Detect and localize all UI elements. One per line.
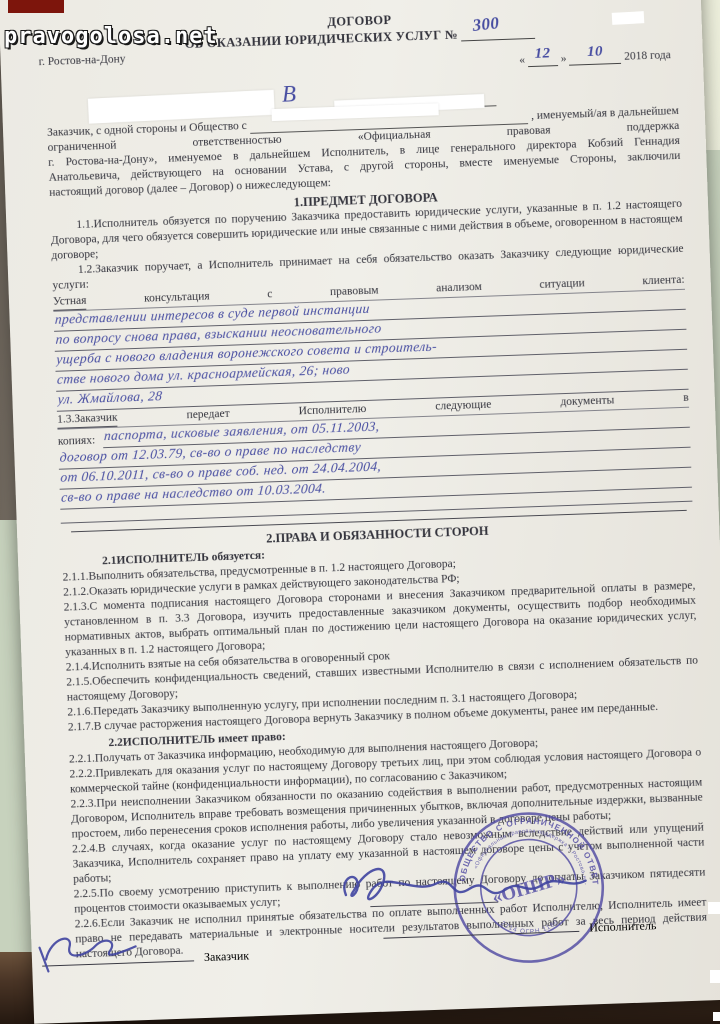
- service-word: с: [267, 287, 273, 303]
- watermark-red-block: [8, 0, 64, 13]
- contract-number-handwritten: 300: [472, 15, 500, 33]
- redaction-box: [612, 11, 645, 25]
- date-row: « 12 » 10 2018 года: [519, 47, 671, 68]
- docs-word: Исполнителю: [298, 402, 366, 420]
- contract-number-blank: 300: [461, 24, 535, 42]
- docs-word: документы: [560, 393, 614, 411]
- service-word: клиента:: [642, 273, 685, 290]
- executor-label: Исполнитель: [579, 918, 657, 936]
- watermark-text: pravogolosa.net: [4, 24, 218, 49]
- service-word: правовым: [330, 283, 379, 301]
- copies-label: копиях:: [58, 433, 104, 450]
- docs-word: 1.3.Заказчик: [57, 411, 118, 429]
- docs-word: следующие: [435, 398, 492, 416]
- service-word: анализом: [436, 280, 482, 298]
- edge-artifact: [710, 970, 720, 983]
- city-label: г. Ростов-на-Дону: [38, 52, 125, 70]
- handwritten-initial: В: [282, 86, 297, 101]
- document-body: ДОГОВОР ОБ ОКАЗАНИИ ЮРИДИЧЕСКИХ УСЛУГ № …: [0, 0, 720, 1024]
- service-word: Устная: [53, 294, 87, 311]
- customer-label: Заказчик: [194, 948, 250, 965]
- photo-of-contract: ДОГОВОР ОБ ОКАЗАНИИ ЮРИДИЧЕСКИХ УСЛУГ № …: [0, 0, 720, 1024]
- edge-artifact: [708, 902, 720, 914]
- date-month-handwritten: 10: [587, 43, 603, 60]
- service-word: консультация: [144, 289, 210, 307]
- quote-open: «: [519, 54, 525, 66]
- docs-word: в: [683, 391, 689, 407]
- date-day-handwritten: 12: [534, 45, 550, 62]
- date-day-blank: 12: [528, 51, 559, 67]
- quote-close: »: [560, 53, 566, 65]
- contract-page: ДОГОВОР ОБ ОКАЗАНИИ ЮРИДИЧЕСКИХ УСЛУГ № …: [0, 0, 720, 1024]
- stamp-center-text: «ОППР»: [490, 868, 568, 909]
- date-year: 2018 года: [624, 49, 671, 63]
- date-month-blank: 10: [569, 49, 621, 66]
- edge-artifact: [713, 1012, 720, 1021]
- company-round-stamp: ОБЩЕСТВО С ОГРАНИЧЕННОЙ ОТВЕТСТВЕННОСТЬЮ…: [447, 806, 610, 969]
- service-word: ситуации: [539, 276, 585, 294]
- docs-word: передает: [186, 407, 230, 424]
